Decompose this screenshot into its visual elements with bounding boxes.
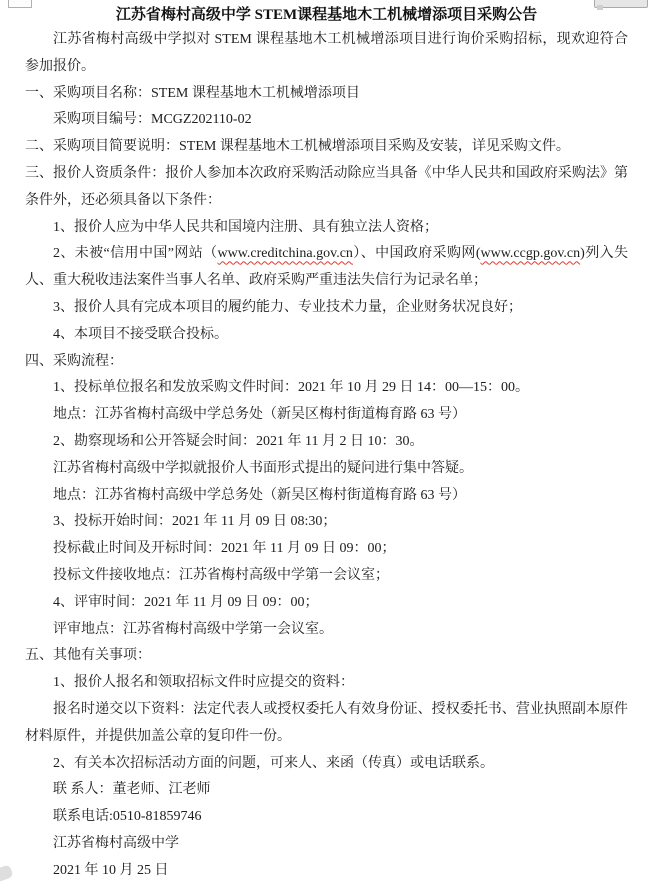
other-item-1: 1、报价人报名和领取招标文件时应提交的资料： xyxy=(25,670,628,697)
contact-phone: 联系电话:0510-81859746 xyxy=(25,804,628,831)
section-2-heading: 二、采购项目简要说明：STEM 课程基地木工机械增添项目采购及安装，详见采购文件… xyxy=(25,134,628,161)
process-note: 江苏省梅村高级中学拟就报价人书面形式提出的疑问进行集中答疑。 xyxy=(25,456,628,483)
condition-item-2-cont: 人、重大税收违法案件当事人名单、政府采购严重违法失信行为记录名单； xyxy=(25,268,628,295)
review-place: 评审地点：江苏省梅村高级中学第一会议室。 xyxy=(25,617,628,644)
document-body: 江苏省梅村高级中学 STEM课程基地木工机械增添项目采购公告 江苏省梅村高级中学… xyxy=(25,3,628,884)
contact-person: 联 系人：董老师、江老师 xyxy=(25,777,628,804)
process-location-1: 地点：江苏省梅村高级中学总务处（新吴区梅村街道梅育路 63 号） xyxy=(25,402,628,429)
process-item-2: 2、勘察现场和公开答疑会时间：2021 年 11 月 2 日 10：30。 xyxy=(25,429,628,456)
condition-item-3: 3、报价人具有完成本项目的履约能力、专业技术力量，企业财务状况良好； xyxy=(25,295,628,322)
section-4-heading: 四、采购流程： xyxy=(25,349,628,376)
url-creditchina: www.creditchina.gov.cn xyxy=(218,246,353,261)
bid-deadline: 投标截止时间及开标时间：2021 年 11 月 09 日 09：00； xyxy=(25,536,628,563)
intro-line-1: 江苏省梅村高级中学拟对 STEM 课程基地木工机械增添项目进行询价采购招标，现欢… xyxy=(25,27,628,54)
intro-line-2: 参加报价。 xyxy=(25,54,628,81)
materials-line-1: 报名时递交以下资料：法定代表人或授权委托人有效身份证、授权委托书、营业执照副本原… xyxy=(25,697,628,724)
other-item-2: 2、有关本次招标活动方面的问题，可来人、来函（传真）或电话联系。 xyxy=(25,751,628,778)
section-3-cont: 条件外，还必须具备以下条件： xyxy=(25,188,628,215)
condition-item-2: 2、未被“信用中国”网站（www.creditchina.gov.cn）、中国政… xyxy=(25,241,628,268)
materials-line-2: 材料原件，并提供加盖公章的复印件一份。 xyxy=(25,724,628,751)
process-item-3: 3、投标开始时间：2021 年 11 月 09 日 08:30； xyxy=(25,509,628,536)
project-number: 采购项目编号：MCGZ202110-02 xyxy=(25,107,628,134)
doc-title: 江苏省梅村高级中学 STEM课程基地木工机械增添项目采购公告 xyxy=(25,3,628,27)
signature-school: 江苏省梅村高级中学 xyxy=(25,831,628,858)
process-location-2: 地点：江苏省梅村高级中学总务处（新吴区梅村街道梅育路 63 号） xyxy=(25,483,628,510)
document-page: 江苏省梅村高级中学 STEM课程基地木工机械增添项目采购公告 江苏省梅村高级中学… xyxy=(0,0,650,884)
process-item-4: 4、评审时间：2021 年 11 月 09 日 09：00； xyxy=(25,590,628,617)
section-1-heading: 一、采购项目名称：STEM 课程基地木工机械增添项目 xyxy=(25,81,628,108)
condition-item-2-mid: ）、中国政府采购网( xyxy=(353,246,481,261)
process-item-1: 1、投标单位报名和发放采购文件时间：2021 年 10 月 29 日 14：00… xyxy=(25,375,628,402)
condition-item-1: 1、报价人应为中华人民共和国境内注册、具有独立法人资格； xyxy=(25,215,628,242)
section-5-heading: 五、其他有关事项： xyxy=(25,643,628,670)
signature-date: 2021 年 10 月 25 日 xyxy=(25,858,628,884)
condition-item-2-pre: 2、未被“信用中国”网站（ xyxy=(53,246,218,261)
smudge-fragment xyxy=(0,864,14,882)
url-ccgp: www.ccgp.gov.cn xyxy=(480,246,580,261)
condition-item-4: 4、本项目不接受联合投标。 xyxy=(25,322,628,349)
section-3-heading: 三、报价人资质条件：报价人参加本次政府采购活动除应当具备《中华人民共和国政府采购… xyxy=(25,161,628,188)
bid-receive-place: 投标文件接收地点：江苏省梅村高级中学第一会议室； xyxy=(25,563,628,590)
